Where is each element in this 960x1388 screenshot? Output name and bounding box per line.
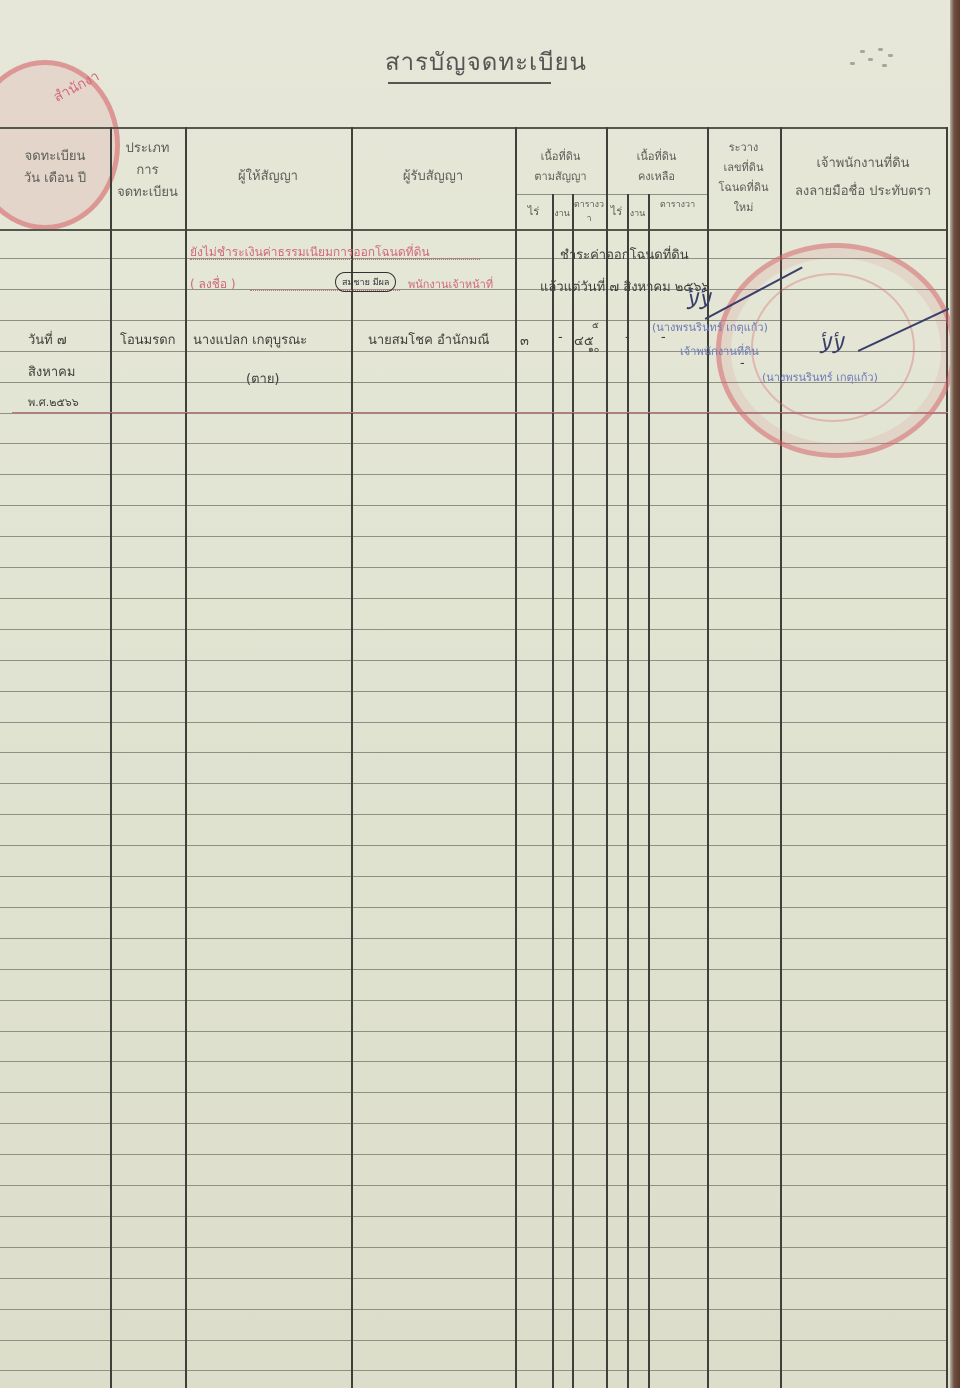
col-divider <box>606 127 608 1388</box>
entry-type: โอนมรดก <box>120 329 176 350</box>
paid-fee-note: ชำระค่าออกโฉนดที่ดิน <box>560 244 689 265</box>
header-area-remaining-line2: คงเหลือ <box>606 170 707 184</box>
ruled-line <box>0 1185 946 1186</box>
ruled-line <box>0 1061 946 1062</box>
header-area-remaining: เนื้อที่ดิน คงเหลือ <box>606 150 707 184</box>
header-type: ประเภท การ จดทะเบียน <box>110 138 185 204</box>
col-divider <box>552 194 554 1388</box>
col-divider <box>515 127 517 1388</box>
ruled-line <box>0 567 946 568</box>
header-area-contract-line1: เนื้อที่ดิน <box>515 150 606 164</box>
entry-date-month: สิงหาคม <box>28 361 75 382</box>
ruled-line <box>0 629 946 630</box>
header-rai: ไร่ <box>515 205 552 219</box>
ruled-line <box>0 1000 946 1001</box>
entry-area-wa-fraction-den: ๑๐ <box>588 342 599 356</box>
header-date: จดทะเบียน วัน เดือน ปี <box>0 146 110 190</box>
page-edge-shadow <box>950 0 960 1388</box>
ruled-line <box>0 783 946 784</box>
ruled-line <box>0 660 946 661</box>
header-wa: ตารางวา <box>572 198 606 226</box>
header-ngan-remaining: งาน <box>627 207 648 221</box>
header-type-line3: จดทะเบียน <box>110 182 185 204</box>
page-title: สารบัญจดทะเบียน <box>385 42 587 81</box>
header-area-contract-line2: ตามสัญญา <box>515 170 606 184</box>
ruled-line <box>0 845 946 846</box>
entry-remaining-rai: - <box>625 330 630 345</box>
entry-grantee: นายสมโชค อำนักมณี <box>368 329 489 350</box>
header-date-line1: จดทะเบียน <box>0 146 110 168</box>
unpaid-note-sign-suffix: พนักงานเจ้าหน้าที่ <box>408 275 493 293</box>
header-wa-remaining: ตารางวา <box>648 198 707 212</box>
header-new-deed-line2: เลขที่ดิน <box>707 158 780 178</box>
ruled-line <box>0 876 946 877</box>
title-underline <box>388 82 551 84</box>
header-area-contract: เนื้อที่ดิน ตามสัญญา <box>515 150 606 184</box>
ruled-line <box>0 969 946 970</box>
officer-signature-2: ﻷﻷ <box>818 334 843 359</box>
officer-signature-1: ﻷﻷ <box>685 290 710 315</box>
header-area-remaining-line1: เนื้อที่ดิน <box>606 150 707 164</box>
header-officer-line2: ลงลายมือชื่อ ประทับตรา <box>780 178 946 206</box>
ruled-line <box>0 1154 946 1155</box>
entry-divider-red <box>12 412 948 413</box>
col-divider <box>627 194 629 1388</box>
header-new-deed-line1: ระวาง <box>707 138 780 158</box>
officer-name-stamp-2: (นางพรนรินทร์ เกตุแก้ว) <box>762 368 878 386</box>
header-new-deed-line4: ใหม่ <box>707 198 780 218</box>
entry-grantor-note: (ตาย) <box>246 368 280 389</box>
unpaid-note-underline <box>190 259 480 261</box>
col-divider <box>572 194 574 1388</box>
ruled-line <box>0 752 946 753</box>
ruled-line <box>0 814 946 815</box>
ruled-line <box>0 1370 946 1371</box>
unpaid-note-sign-prefix: ( ลงชื่อ ) <box>190 275 236 294</box>
header-officer: เจ้าพนักงานที่ดิน ลงลายมือชื่อ ประทับตรา <box>780 150 946 206</box>
officer-name-stamp-1: (นางพรนรินทร์ เกตุแก้ว) <box>652 318 768 336</box>
ruled-line <box>0 536 946 537</box>
table-top-border <box>0 127 948 129</box>
ruled-line <box>0 598 946 599</box>
col-divider <box>351 127 353 1388</box>
header-rai-remaining: ไร่ <box>606 205 627 219</box>
ruled-line <box>0 1031 946 1032</box>
ruled-line <box>0 938 946 939</box>
entry-date-year: พ.ศ.๒๕๖๖ <box>28 393 79 411</box>
paper-stain <box>838 40 898 80</box>
ruled-line <box>0 907 946 908</box>
header-bottom-border <box>0 229 948 231</box>
ruled-line <box>0 1278 946 1279</box>
ruled-line <box>0 1340 946 1341</box>
header-grantee: ผู้รับสัญญา <box>351 166 515 188</box>
col-divider <box>648 194 650 1388</box>
area-subheader-rule <box>515 194 707 195</box>
header-date-line2: วัน เดือน ปี <box>0 168 110 190</box>
header-ngan: งาน <box>552 207 572 221</box>
ruled-line <box>0 691 946 692</box>
ruled-line <box>0 474 946 475</box>
entry-area-rai: ๓ <box>520 330 529 351</box>
col-divider <box>185 127 187 1388</box>
ruled-line <box>0 722 946 723</box>
entry-area-wa-fraction-num: ๕ <box>592 318 599 332</box>
ruled-line <box>0 1247 946 1248</box>
ruled-line <box>0 1216 946 1217</box>
ruled-line <box>0 1309 946 1310</box>
officer-signature-handwritten: สมชาย มีผล <box>335 272 396 292</box>
ruled-line <box>0 505 946 506</box>
officer-title-stamp: เจ้าพนักงานที่ดิน <box>680 342 759 360</box>
col-divider <box>110 127 112 1388</box>
entry-area-ngan: - <box>558 330 563 345</box>
entry-date-day: วันที่ ๗ <box>28 329 67 350</box>
ruled-line <box>0 1092 946 1093</box>
header-new-deed: ระวาง เลขที่ดิน โฉนดที่ดิน ใหม่ <box>707 138 780 218</box>
registry-page: สารบัญจดทะเบียน สำนักงา จดทะเบียน วัน เด… <box>0 0 950 1388</box>
entry-grantor: นางแปลก เกตุบูรณะ <box>193 329 307 350</box>
header-new-deed-line3: โฉนดที่ดิน <box>707 178 780 198</box>
header-grantor: ผู้ให้สัญญา <box>185 166 351 188</box>
header-type-line2: การ <box>110 160 185 182</box>
header-officer-line1: เจ้าพนักงานที่ดิน <box>780 150 946 178</box>
ruled-line <box>0 1123 946 1124</box>
header-type-line1: ประเภท <box>110 138 185 160</box>
